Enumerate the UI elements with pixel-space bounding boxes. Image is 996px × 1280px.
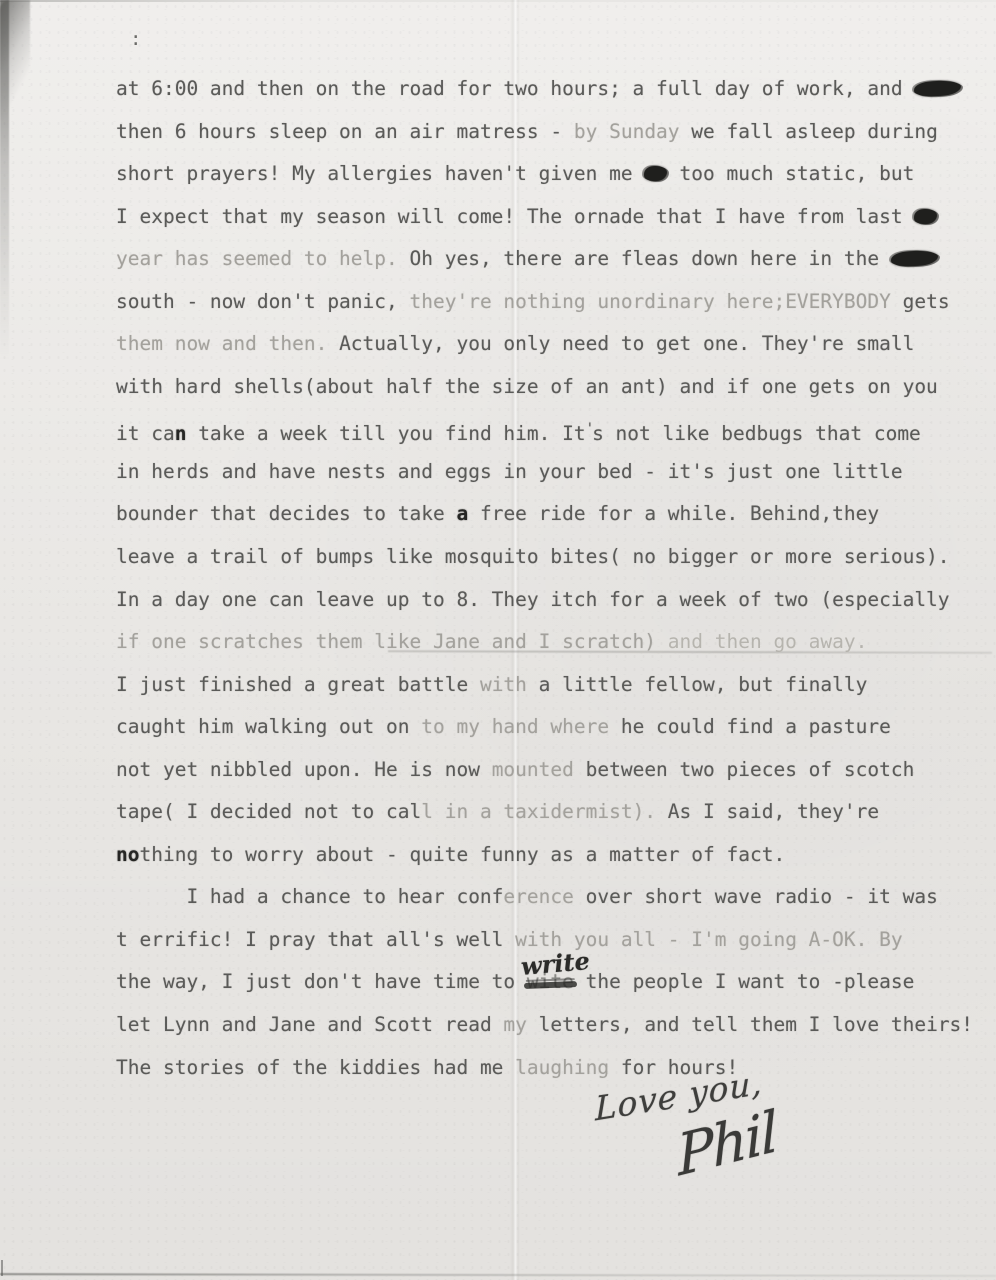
scan-corner-bottom-left — [1, 1260, 3, 1276]
letter-body: at 6:00 and then on the road for two hou… — [116, 68, 976, 1089]
text-segment: gets — [891, 290, 950, 313]
text-segment: laughing — [515, 1056, 609, 1079]
text-segment: I had a chance to hear conf — [186, 885, 503, 908]
text-segment: too much static, but — [668, 162, 915, 185]
letter-line: let Lynn and Jane and Scott read my lett… — [116, 1004, 976, 1047]
letter-line: if one scratches them like Jane and I sc… — [116, 621, 976, 664]
letter-line: bounder that decides to take a free ride… — [116, 493, 976, 536]
text-segment: in herds and have nests and eggs in your… — [116, 460, 903, 483]
text-segment: t errific! I pray that all's well — [116, 928, 515, 951]
text-segment: l in a taxidermist). — [421, 800, 656, 823]
typed-colon-mark: : — [130, 28, 141, 50]
text-segment: bounder that decides to take — [116, 502, 456, 525]
text-segment: free ride for a while. Behind,they — [468, 502, 879, 525]
text-segment: it ca — [116, 422, 175, 445]
letter-line: year has seemed to help. Oh yes, there a… — [116, 238, 976, 281]
text-segment: short prayers! My allergies haven't give… — [116, 162, 644, 185]
letter-line: south - now don't panic, they're nothing… — [116, 281, 976, 324]
letter-line: short prayers! My allergies haven't give… — [116, 153, 976, 196]
text-segment: at 6:00 and then on the road for two hou… — [116, 77, 914, 100]
text-segment: over short wave radio - it was — [574, 885, 938, 908]
text-segment: year has seemed to help. — [116, 247, 398, 270]
text-segment: Oh yes, there are fleas down here in the — [398, 247, 891, 270]
text-segment: Actually, you only need to get one. They… — [327, 332, 914, 355]
letter-line: I had a chance to hear conference over s… — [116, 876, 976, 919]
text-segment: thing to worry about - quite funny as a … — [139, 843, 785, 866]
text-segment: to my hand where — [421, 715, 609, 738]
text-segment: a little fellow, but finally — [527, 673, 867, 696]
text-segment: if one scratches them like Jane and I sc… — [116, 630, 668, 653]
letter-line: leave a trail of bumps like mosquito bit… — [116, 536, 976, 579]
text-segment: leave a trail of bumps like mosquito bit… — [116, 545, 950, 568]
letter-line: tape( I decided not to call in a taxider… — [116, 791, 976, 834]
text-segment: no — [116, 843, 139, 866]
scan-corner-top-left — [0, 0, 30, 120]
ink-scribble — [914, 80, 962, 97]
struck-word: witewrite — [527, 970, 574, 993]
text-segment: letters, and tell them I love theirs! — [539, 1013, 973, 1036]
text-segment: I expect that my season will come! The o… — [116, 205, 914, 228]
handwritten-correction: write — [519, 941, 591, 989]
text-segment: they're nothing unordinary here; — [410, 290, 786, 313]
text-segment: n — [175, 422, 187, 445]
letter-line: with hard shells(about half the size of … — [116, 366, 976, 409]
text-segment: we fall asleep during — [680, 120, 938, 143]
text-segment: a — [456, 502, 468, 525]
text-segment: s not like bedbugs that come — [592, 422, 921, 445]
text-segment: erence — [503, 885, 573, 908]
text-segment: my — [503, 1013, 538, 1036]
letter-line: In a day one can leave up to 8. They itc… — [116, 579, 976, 622]
text-segment: them now and then. — [116, 332, 327, 355]
letter-line: The stories of the kiddies had me laughi… — [116, 1047, 976, 1090]
letter-line: caught him walking out on to my hand whe… — [116, 706, 976, 749]
text-segment: I just finished a great battle — [116, 673, 480, 696]
text-segment: caught him walking out on — [116, 715, 421, 738]
scan-edge-top — [0, 0, 996, 2]
ink-scribble — [644, 166, 668, 182]
text-segment: with hard shells(about half the size of … — [116, 375, 938, 398]
text-segment: mounted — [492, 758, 574, 781]
letter-line: then 6 hours sleep on an air matress - b… — [116, 111, 976, 154]
text-segment: the people I want to -please — [574, 970, 914, 993]
text-segment: the way, I just don't have time to — [116, 970, 527, 993]
text-segment: The stories of the kiddies had me — [116, 1056, 515, 1079]
text-segment: In a day one can leave up to 8. They itc… — [116, 588, 950, 611]
letter-line: I just finished a great battle with a li… — [116, 664, 976, 707]
text-segment: then 6 hours sleep on an air matress - — [116, 120, 574, 143]
text-segment: EVERYBODY — [785, 290, 891, 313]
scan-edge-bottom — [0, 1273, 996, 1277]
text-segment: between two pieces of scotch — [574, 758, 914, 781]
text-segment: take a week till you find him. It — [186, 422, 585, 445]
letter-line: the way, I just don't have time to witew… — [116, 961, 976, 1004]
letter-line: nothing to worry about - quite funny as … — [116, 834, 976, 877]
text-segment: he could find a pasture — [609, 715, 891, 738]
letter-line: I expect that my season will come! The o… — [116, 196, 976, 239]
text-segment: and then go away. — [668, 630, 868, 653]
text-segment: let Lynn and Jane and Scott read — [116, 1013, 503, 1036]
letter-line: in herds and have nests and eggs in your… — [116, 451, 976, 494]
letter-line: not yet nibbled upon. He is now mounted … — [116, 749, 976, 792]
letter-page: : at 6:00 and then on the road for two h… — [0, 0, 996, 1280]
text-segment: south - now don't panic, — [116, 290, 410, 313]
text-segment: tape( I decided not to cal — [116, 800, 421, 823]
letter-line: them now and then. Actually, you only ne… — [116, 323, 976, 366]
text-segment: by Sunday — [574, 120, 680, 143]
letter-line: it can take a week till you find him. It… — [116, 408, 976, 451]
text-segment: with — [480, 673, 527, 696]
ink-scribble — [914, 208, 938, 224]
ink-scribble — [891, 250, 939, 267]
letter-line: at 6:00 and then on the road for two hou… — [116, 68, 976, 111]
text-segment: not yet nibbled upon. He is now — [116, 758, 492, 781]
text-segment: As I said, they're — [656, 800, 879, 823]
